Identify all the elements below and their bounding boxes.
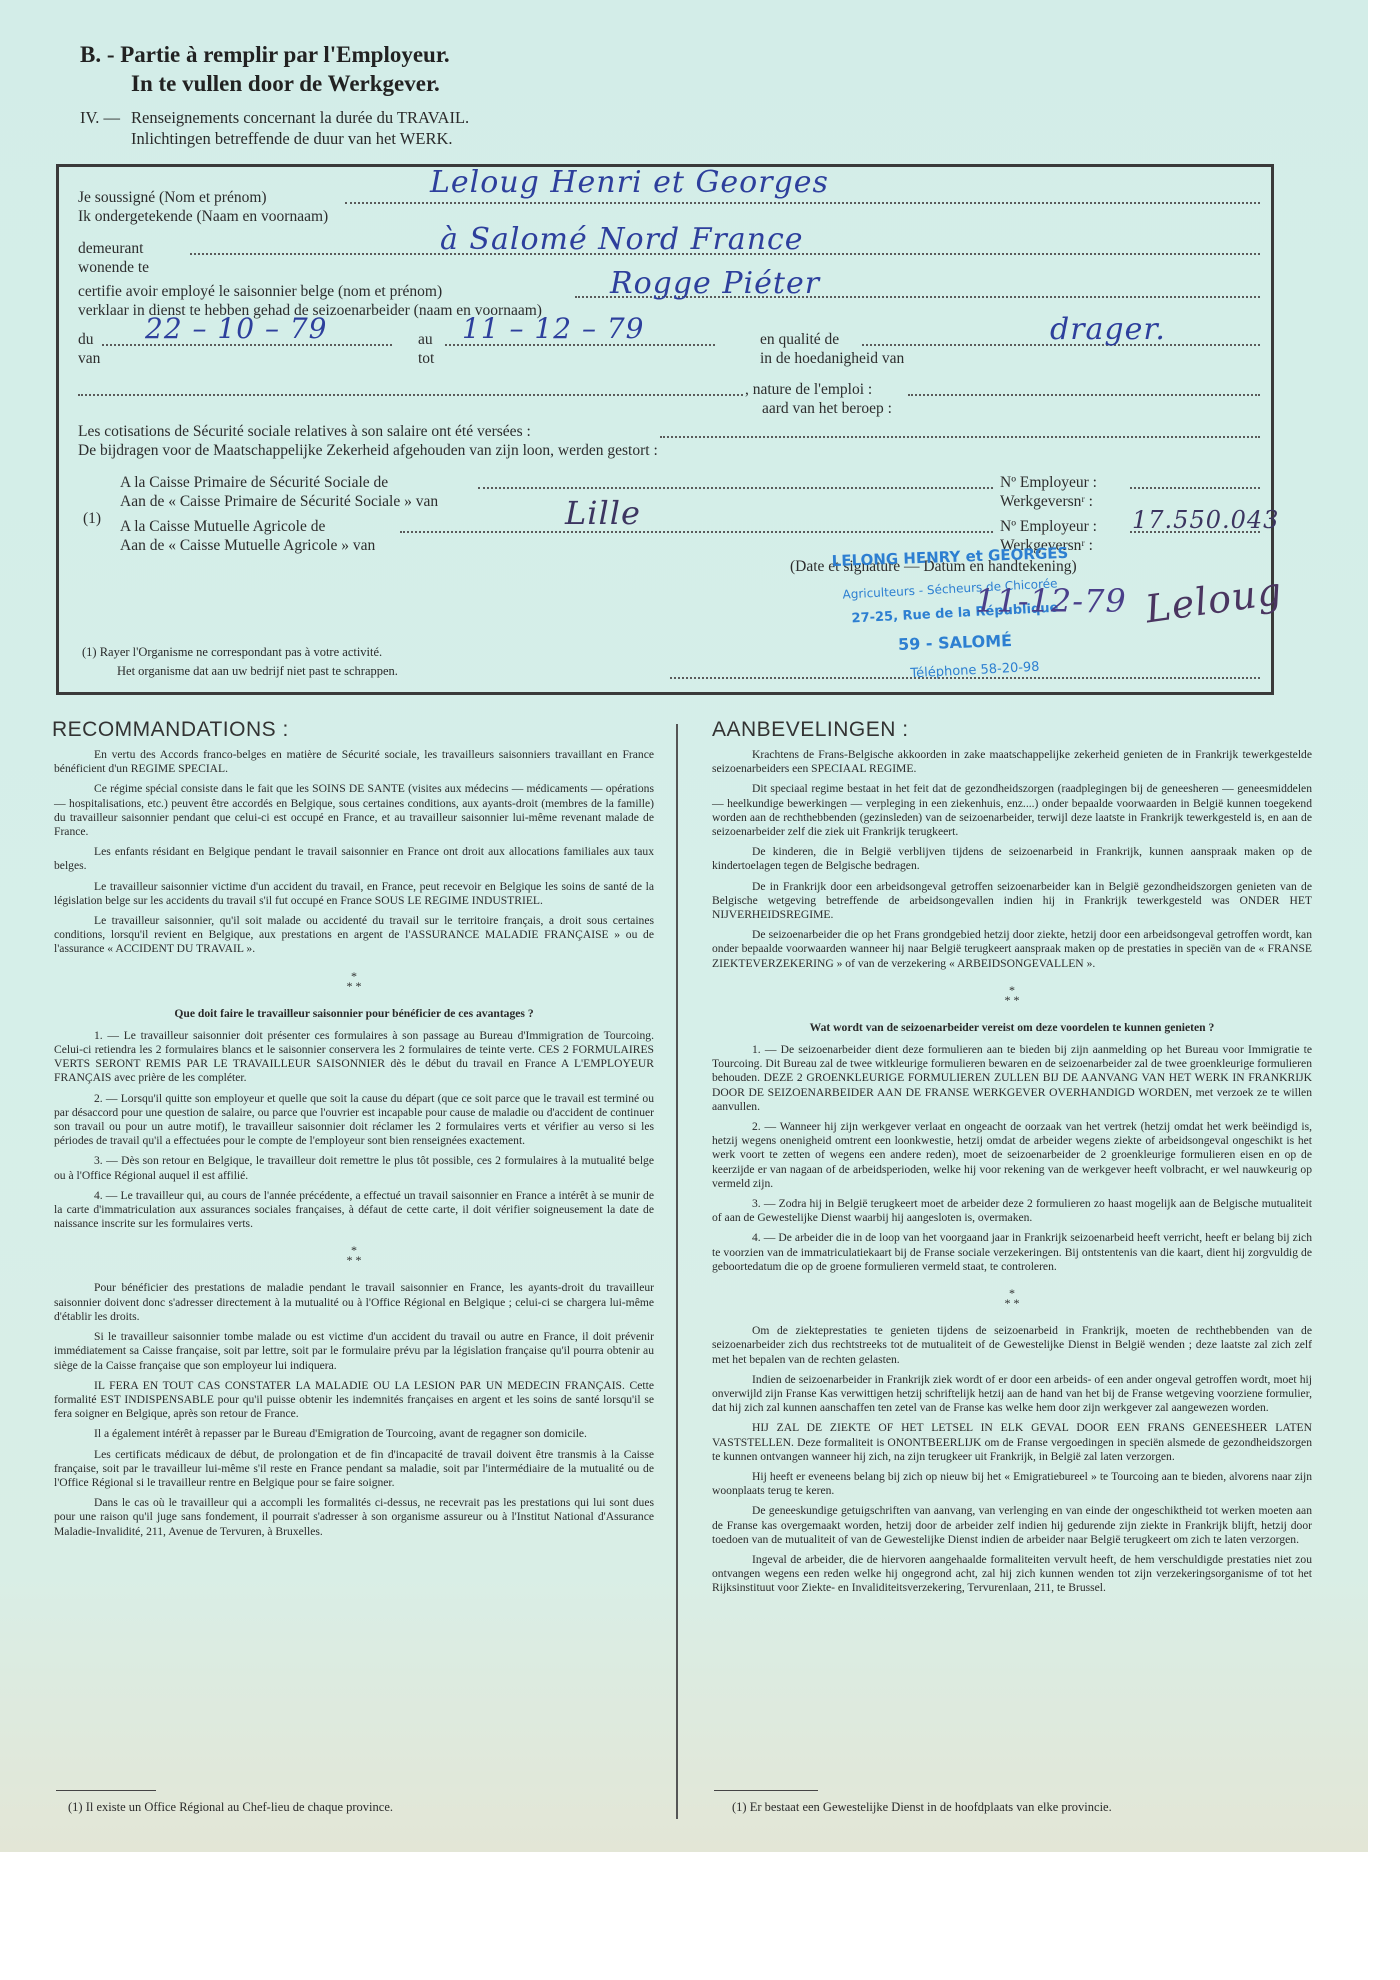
residing-field[interactable]: à Salomé Nord France [440,222,804,257]
aanb-paragraph: Hij heeft er eveneens belang bij zich op… [712,1470,1312,1498]
worker-field[interactable]: Rogge Piéter [610,266,820,301]
section-separator-stars: ** * [54,1245,654,1265]
signature-dotted-line [670,675,1260,679]
rec-paragraph: En vertu des Accords franco-belges en ma… [54,748,654,776]
cpss-dotted-line[interactable] [478,485,993,489]
employer-no-label-fr-2: Nº Employeur : [1000,517,1097,536]
aanb-paragraph: De kinderen, die in België verblijven ti… [712,845,1312,873]
aanbevelingen-body: Krachtens de Frans-Belgische akkoorden i… [712,748,1312,1602]
aanbevelingen-footnote: (1) Er bestaat een Gewestelijke Dienst i… [732,1800,1112,1815]
rec-question: Que doit faire le travailleur saisonnier… [54,1007,654,1021]
rec-step: 3. — Dès son retour en Belgique, le trav… [54,1154,654,1182]
recommandations-body: En vertu des Accords franco-belges en ma… [54,748,654,1545]
rec-paragraph: IL FERA EN TOUT CAS CONSTATER LA MALADIE… [54,1379,654,1422]
section-separator-stars: ** * [712,1288,1312,1308]
rec-paragraph: Il a également intérêt à repasser par le… [54,1427,654,1441]
aanbevelingen-title: AANBEVELINGEN : [712,718,909,742]
undersigned-label-nl: Ik ondergetekende (Naam en voornaam) [78,207,328,226]
from-label-fr: du [78,330,94,349]
section-title-nl: In te vullen door de Werkgever. [131,69,440,98]
residing-label-nl: wonende te [78,258,149,277]
rec-paragraph: Si le travailleur saisonnier tombe malad… [54,1330,654,1373]
capacity-field[interactable]: drager. [1050,312,1166,347]
nature-label-fr: , nature de l'emploi : [745,380,872,399]
aanb-paragraph: De seizoenarbeider die op het Frans gron… [712,928,1312,971]
aanb-paragraph: De in Frankrijk door een arbeidsongeval … [712,880,1312,923]
footnote-rule-nl [714,1790,818,1791]
capacity-label-nl: in de hoedanigheid van [760,349,904,368]
aanb-paragraph: Dit speciaal regime bestaat in het feit … [712,782,1312,839]
form-footnote-nl: Het organisme dat aan uw bedrijf niet pa… [117,664,398,679]
aanb-step: 2. — Wanneer hij zijn werkgever verlaat … [712,1120,1312,1191]
footnote-ref: (1) [83,509,101,528]
form-footnote-fr: (1) Rayer l'Organisme ne correspondant p… [82,645,382,660]
undersigned-field[interactable]: Leloug Henri et Georges [430,165,829,200]
aanb-question: Wat wordt van de seizoenarbeider vereist… [712,1021,1312,1035]
rec-paragraph: Dans le cas où le travailleur qui a acco… [54,1496,654,1539]
employer-no-label-nl-1: Werkgeversnʳ : [1000,492,1093,511]
section-separator-stars: ** * [54,971,654,991]
column-divider [676,724,678,1819]
nature-prefix-dotted-line [78,392,743,396]
recommandations-footnote: (1) Il existe un Office Régional au Chef… [68,1800,393,1815]
aanb-paragraph: HIJ ZAL DE ZIEKTE OF HET LETSEL IN ELK G… [712,1421,1312,1464]
cma-field[interactable]: Lille [565,494,641,532]
section-separator-stars: ** * [712,985,1312,1005]
rec-paragraph: Le travailleur saisonnier victime d'un a… [54,880,654,908]
nature-label-nl: aard van het beroep : [762,399,892,418]
aanb-step: 1. — De seizoenarbeider dient deze formu… [712,1043,1312,1114]
employer-no-field[interactable]: 17.550.043 [1132,506,1279,534]
rec-paragraph: Ce régime spécial consiste dans le fait … [54,782,654,839]
undersigned-dotted-line [345,200,1260,204]
undersigned-label-fr: Je soussigné (Nom et prénom) [78,188,267,207]
cpss-label-fr: A la Caisse Primaire de Sécurité Sociale… [120,473,388,492]
date-signed-field[interactable]: 11-12-79 [975,582,1127,620]
residing-label-fr: demeurant [78,239,143,258]
employer-no-label-fr-1: Nº Employeur : [1000,473,1097,492]
rec-step: 1. — Le travailleur saisonnier doit prés… [54,1029,654,1086]
employer-no-dotted-line-1[interactable] [1130,485,1260,489]
aanb-paragraph: Krachtens de Frans-Belgische akkoorden i… [712,748,1312,776]
rec-paragraph: Pour bénéficier des prestations de malad… [54,1281,654,1324]
form-sheet: B. - Partie à remplir par l'Employeur. I… [0,0,1368,1852]
contrib-label-nl: De bijdragen voor de Maatschappelijke Ze… [78,441,658,460]
certify-label-fr: certifie avoir employé le saisonnier bel… [78,282,442,301]
to-date-field[interactable]: 11 – 12 – 79 [462,312,645,345]
aanb-paragraph: De geneeskundige getuigschriften van aan… [712,1504,1312,1547]
aanb-paragraph: Om de ziekteprestaties te genieten tijde… [712,1324,1312,1367]
part-title-nl: Inlichtingen betreffende de duur van het… [131,128,453,149]
capacity-label-fr: en qualité de [760,330,839,349]
aanb-step: 4. — De arbeider die in de loop van het … [712,1231,1312,1274]
aanb-step: 3. — Zodra hij in België terugkeert moet… [712,1197,1312,1225]
aanb-paragraph: Ingeval de arbeider, die de hiervoren aa… [712,1553,1312,1596]
rec-paragraph: Le travailleur saisonnier, qu'il soit ma… [54,914,654,957]
cma-dotted-line [400,529,993,533]
from-date-field[interactable]: 22 – 10 – 79 [145,312,328,345]
nature-dotted-line[interactable] [908,392,1260,396]
aanb-paragraph: Indien de seizoenarbeider in Frankrijk z… [712,1373,1312,1416]
section-title-fr: B. - Partie à remplir par l'Employeur. [80,40,450,69]
to-label-fr: au [418,330,433,349]
contrib-dotted-line [660,434,1260,438]
part-number: IV. — [80,107,120,128]
part-title-fr: Renseignements concernant la durée du TR… [131,107,469,128]
recommandations-title: RECOMMANDATIONS : [52,718,289,742]
to-label-nl: tot [418,349,434,368]
rec-step: 2. — Lorsqu'il quitte son employeur et q… [54,1092,654,1149]
rec-paragraph: Les enfants résidant en Belgique pendant… [54,845,654,873]
footnote-rule-fr [56,1790,156,1791]
from-label-nl: van [78,349,100,368]
contrib-label-fr: Les cotisations de Sécurité sociale rela… [78,422,531,441]
cma-label-fr: A la Caisse Mutuelle Agricole de [120,517,325,536]
rec-step: 4. — Le travailleur qui, au cours de l'a… [54,1189,654,1232]
cma-label-nl: Aan de « Caisse Mutuelle Agricole » van [120,536,375,555]
rec-paragraph: Les certificats médicaux de début, de pr… [54,1448,654,1491]
cpss-label-nl: Aan de « Caisse Primaire de Sécurité Soc… [120,492,438,511]
